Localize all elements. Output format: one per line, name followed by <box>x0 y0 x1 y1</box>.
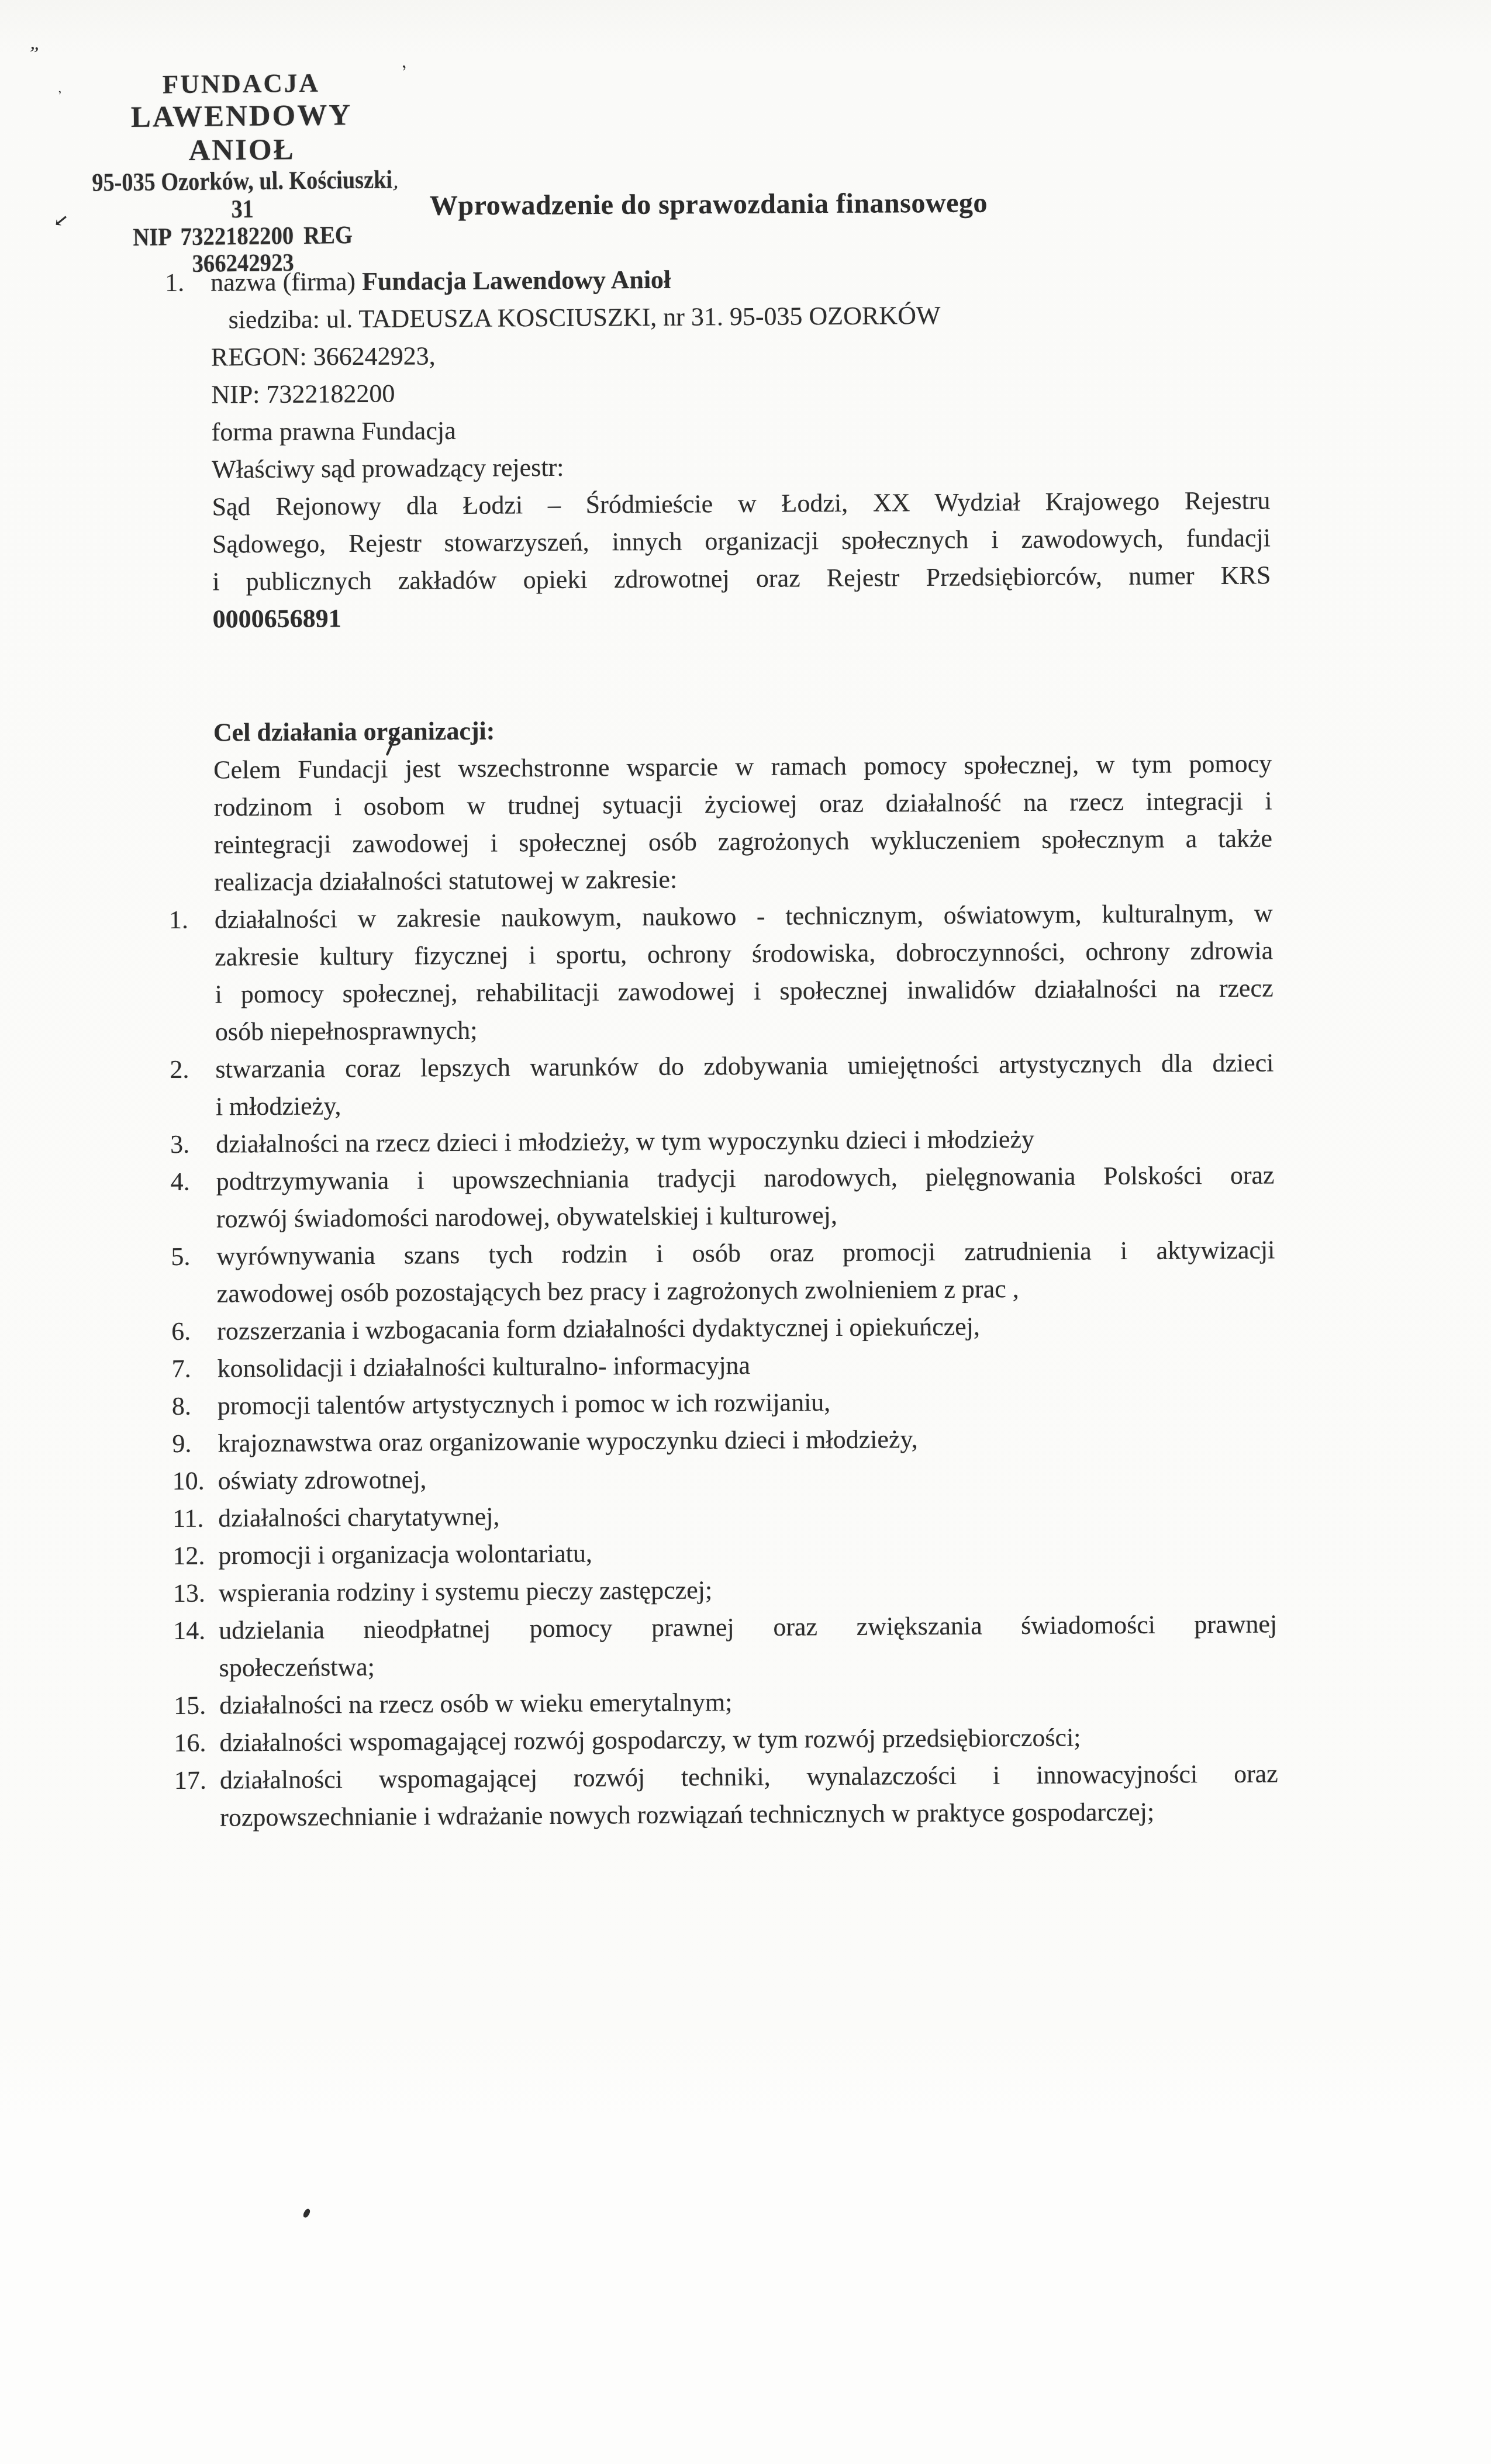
activity-lines: działalności charytatywnej, <box>218 1493 1276 1537</box>
activity-line: stwarzania coraz lepszych warunków do zd… <box>215 1044 1273 1088</box>
activity-number: 8. <box>172 1387 218 1425</box>
activity-line: promocji i organizacja wolontariatu, <box>218 1530 1276 1574</box>
activity-item: 16. działalności wspomagającej rozwój go… <box>174 1717 1278 1762</box>
activity-number: 16. <box>174 1724 219 1761</box>
activity-line: rozszerzania i wzbogacania form działaln… <box>217 1306 1275 1350</box>
activity-line: działalności na rzecz osób w wieku emery… <box>219 1680 1278 1724</box>
activity-number: 9. <box>172 1425 218 1462</box>
activity-item: 4. podtrzymywania i upowszechniania trad… <box>170 1156 1275 1238</box>
goal-paragraph-line: reintegracji zawodowej i społecznej osób… <box>214 820 1272 863</box>
activity-lines: oświaty zdrowotnej, <box>218 1456 1276 1499</box>
nip-line: NIP: 7322182200 <box>211 369 1269 413</box>
activity-line: udzielania nieodpłatnej pomocy prawnej o… <box>219 1605 1277 1649</box>
goal-paragraph-line: rodzinom i osobom w trudnej sytuacji życ… <box>213 782 1272 826</box>
court-line: Sąd Rejonowy dla Łodzi – Śródmieście w Ł… <box>212 482 1270 526</box>
activity-line: rozpowszechnianie i wdrażanie nowych roz… <box>220 1792 1278 1836</box>
name-label: nazwa (firma) <box>210 267 362 297</box>
activity-number: 3. <box>170 1125 216 1163</box>
court-line: i publicznych zakładów opieki zdrowotnej… <box>212 557 1271 600</box>
activity-item: 17. działalności wspomagającej rozwój te… <box>174 1755 1279 1837</box>
goal-paragraph-line: realizacja działalności statutowej w zak… <box>214 857 1272 901</box>
activity-lines: wyrównywania szans tych rodzin i osób or… <box>216 1231 1275 1312</box>
activity-item: 15. działalności na rzecz osób w wieku e… <box>174 1680 1278 1725</box>
activity-item: 3. działalności na rzecz dzieci i młodzi… <box>170 1119 1274 1163</box>
activity-number: 17. <box>174 1761 220 1799</box>
activity-item: 7. konsolidacji i działalności kulturaln… <box>171 1343 1275 1388</box>
activity-number: 15. <box>174 1687 219 1724</box>
document-page: FUNDACJA LAWENDOWY ANIOŁ 95-035 Ozorków,… <box>0 0 1491 2464</box>
legal-form-line: forma prawna Fundacja <box>212 407 1270 451</box>
activity-line: wyrównywania szans tych rodzin i osób or… <box>216 1231 1275 1275</box>
activity-lines: promocji talentów artystycznych i pomoc … <box>218 1381 1276 1425</box>
activity-item: 5. wyrównywania szans tych rodzin i osób… <box>171 1231 1275 1313</box>
foundation-stamp: FUNDACJA LAWENDOWY ANIOŁ 95-035 Ozorków,… <box>68 66 416 279</box>
activity-lines: działalności w zakresie naukowym, naukow… <box>215 894 1274 1050</box>
activity-lines: stwarzania coraz lepszych warunków do zd… <box>215 1044 1274 1125</box>
registry-label-line: Właściwy sąd prowadzący rejestr: <box>212 444 1270 488</box>
goal-section: Cel działania organizacji: Celem Fundacj… <box>168 707 1279 1836</box>
activity-lines: działalności na rzecz osób w wieku emery… <box>219 1680 1278 1724</box>
activity-lines: działalności wspomagającej rozwój techni… <box>220 1755 1279 1836</box>
activity-item: 14. udzielania nieodpłatnej pomocy prawn… <box>173 1605 1278 1687</box>
intro-lines: nazwa (firma) Fundacja Lawendowy Anioł s… <box>210 257 1271 638</box>
goal-paragraph-line: Celem Fundacji jest wszechstronne wsparc… <box>213 745 1272 789</box>
activity-lines: działalności na rzecz dzieci i młodzieży… <box>216 1119 1274 1163</box>
activity-line: i pomocy społecznej, rehabilitacji zawod… <box>215 969 1273 1013</box>
activity-lines: udzielania nieodpłatnej pomocy prawnej o… <box>219 1605 1278 1687</box>
stamp-address: 95-035 Ozorków, ul. Kościuszki 31 <box>91 165 393 224</box>
activity-line: działalności wspomagającej rozwój gospod… <box>219 1717 1278 1761</box>
activity-lines: krajoznawstwa oraz organizowanie wypoczy… <box>218 1418 1276 1462</box>
activity-lines: działalności wspomagającej rozwój gospod… <box>219 1717 1278 1761</box>
activity-item: 8. promocji talentów artystycznych i pom… <box>172 1381 1276 1425</box>
activity-lines: rozszerzania i wzbogacania form działaln… <box>217 1306 1275 1350</box>
activity-number: 1. <box>169 901 215 939</box>
activity-item: 2. stwarzania coraz lepszych warunków do… <box>170 1044 1274 1126</box>
activity-lines: podtrzymywania i upowszechniania tradycj… <box>216 1156 1275 1238</box>
activity-lines: promocji i organizacja wolontariatu, <box>218 1530 1276 1574</box>
activity-line: osób niepełnosprawnych; <box>215 1007 1273 1050</box>
krs-number: 0000656891 <box>213 594 1271 638</box>
activity-line: konsolidacji i działalności kulturalno- … <box>217 1343 1275 1387</box>
foundation-name: Fundacja Lawendowy Anioł <box>362 265 671 296</box>
activity-item: 1. działalności w zakresie naukowym, nau… <box>169 894 1274 1051</box>
activity-number: 12. <box>172 1537 218 1574</box>
activity-item: 10. oświaty zdrowotnej, <box>172 1456 1276 1500</box>
activity-item: 13. wspierania rodziny i systemu pieczy … <box>173 1568 1277 1612</box>
activity-item: 11. działalności charytatywnej, <box>172 1493 1276 1537</box>
activity-lines: wspierania rodziny i systemu pieczy zast… <box>219 1568 1277 1612</box>
activity-line: społeczeństwa; <box>219 1643 1277 1687</box>
activity-line: promocji talentów artystycznych i pomoc … <box>218 1381 1276 1425</box>
activity-line: zakresie kultury fizycznej i sportu, och… <box>215 932 1273 976</box>
activity-number: 4. <box>170 1163 216 1200</box>
activity-line: krajoznawstwa oraz organizowanie wypoczy… <box>218 1418 1276 1462</box>
activity-line: wspierania rodziny i systemu pieczy zast… <box>219 1568 1277 1612</box>
activity-number: 13. <box>173 1574 219 1612</box>
regon-line: REGON: 366242923, <box>211 332 1269 376</box>
activity-number: 14. <box>173 1612 219 1649</box>
stamp-foundation-name: LAWENDOWY ANIOŁ <box>68 98 415 169</box>
activity-number: 6. <box>171 1312 217 1350</box>
activity-number: 5. <box>171 1238 216 1275</box>
activity-line: rozwój świadomości narodowej, obywatelsk… <box>216 1194 1275 1238</box>
activity-number: 11. <box>172 1499 218 1537</box>
document-body: 1. nazwa (firma) Fundacja Lawendowy Anio… <box>165 257 1278 1836</box>
activity-line: działalności na rzecz dzieci i młodzieży… <box>216 1119 1274 1163</box>
activity-line: działalności w zakresie naukowym, naukow… <box>215 894 1273 938</box>
court-line: Sądowego, Rejestr stowarzyszeń, innych o… <box>212 519 1271 563</box>
ink-dot <box>302 2208 311 2218</box>
page-title: Wprowadzenie do sprawozdania finansowego <box>430 187 988 223</box>
activity-line: zawodowej osób pozostających bez pracy i… <box>217 1269 1275 1312</box>
intro-item-number: 1. <box>165 264 210 302</box>
section-heading: Cel działania organizacji: <box>213 707 1272 751</box>
name-line: nazwa (firma) Fundacja Lawendowy Anioł <box>210 257 1269 301</box>
activity-item: 12. promocji i organizacja wolontariatu, <box>172 1530 1276 1575</box>
address-line: siedziba: ul. TADEUSZA KOSCIUSZKI, nr 31… <box>210 295 1269 338</box>
intro-item: 1. nazwa (firma) Fundacja Lawendowy Anio… <box>165 257 1271 638</box>
activity-item: 9. krajoznawstwa oraz organizowanie wypo… <box>172 1418 1276 1463</box>
activity-lines: konsolidacji i działalności kulturalno- … <box>217 1343 1275 1387</box>
activity-line: podtrzymywania i upowszechniania tradycj… <box>216 1156 1274 1200</box>
activity-number: 10. <box>172 1462 218 1499</box>
activity-line: i młodzieży, <box>216 1081 1274 1125</box>
stamp-foundation-word: FUNDACJA <box>68 66 415 101</box>
activity-item: 6. rozszerzania i wzbogacania form dział… <box>171 1306 1275 1350</box>
activity-line: działalności wspomagającej rozwój techni… <box>220 1755 1278 1799</box>
activity-number: 2. <box>170 1050 215 1088</box>
activity-line: działalności charytatywnej, <box>218 1493 1276 1537</box>
activity-line: oświaty zdrowotnej, <box>218 1456 1276 1499</box>
activity-number: 7. <box>171 1350 217 1387</box>
activities-list: 1. działalności w zakresie naukowym, nau… <box>169 894 1279 1837</box>
